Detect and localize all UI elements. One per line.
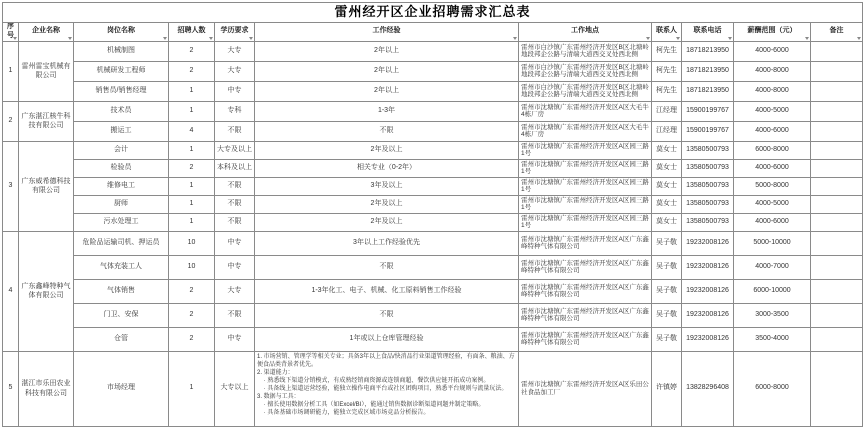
headcount-cell: 10 — [169, 255, 215, 279]
table-row: 机械研发工程师2大专2年以上雷州市白沙镇广东雷州经济开发区B区北塘岭地段邦企公路… — [3, 61, 863, 81]
salary-cell: 4000-6000 — [734, 41, 811, 61]
company-name-cell: 雷州雷宝机械有限公司 — [19, 41, 74, 101]
column-header: 联系电话 — [682, 23, 734, 42]
education-cell: 大专以上 — [215, 351, 255, 426]
note-cell — [811, 61, 863, 81]
column-header: 企业名称 — [19, 23, 74, 42]
note-cell — [811, 177, 863, 195]
column-header: 序号 — [3, 23, 19, 42]
salary-cell: 3000-3500 — [734, 303, 811, 327]
contact-cell: 江经理 — [652, 101, 682, 121]
salary-cell: 6000-8000 — [734, 351, 811, 426]
experience-cell: 2年以上 — [255, 61, 519, 81]
column-header: 工作地点 — [519, 23, 652, 42]
contact-cell: 吴子敬 — [652, 231, 682, 255]
spreadsheet: 雷州经开区企业招聘需求汇总表 序号企业名称岗位名称招聘人数学历要求工作经验工作地… — [0, 0, 864, 394]
contact-cell: 吴子敬 — [652, 303, 682, 327]
filter-icon[interactable] — [209, 37, 213, 40]
column-header: 薪酬范围（元） — [734, 23, 811, 42]
note-cell — [811, 213, 863, 231]
row-index-cell: 4 — [3, 231, 19, 351]
headcount-cell: 1 — [169, 351, 215, 426]
salary-cell: 4000-8000 — [734, 81, 811, 101]
location-cell: 雷州市白沙镇广东雷州经济开发区B区北塘岭地段邦企公路与清端大道西交叉处西北侧 — [519, 61, 652, 81]
position-name-cell: 检验员 — [74, 159, 169, 177]
phone-cell: 13580500793 — [682, 195, 734, 213]
company-name-cell: 广东鑫峰特种气体有限公司 — [19, 231, 74, 351]
location-cell: 雷州市沈塘镇广东雷州经济开发区A区大毛牛4栋厂房 — [519, 121, 652, 141]
location-cell: 雷州市沈塘镇广东雷州经济开发区A区大毛牛4栋厂房 — [519, 101, 652, 121]
contact-cell: 吴子敬 — [652, 255, 682, 279]
recruitment-table: 雷州经开区企业招聘需求汇总表 序号企业名称岗位名称招聘人数学历要求工作经验工作地… — [2, 2, 863, 427]
education-cell: 不限 — [215, 121, 255, 141]
row-index-cell: 2 — [3, 101, 19, 141]
headcount-cell: 2 — [169, 327, 215, 351]
position-name-cell: 销售员/销售经理 — [74, 81, 169, 101]
salary-cell: 4000-5000 — [734, 195, 811, 213]
company-name-cell: 广东威希德科技有限公司 — [19, 141, 74, 231]
phone-cell: 19232008126 — [682, 255, 734, 279]
phone-cell: 19232008126 — [682, 327, 734, 351]
filter-icon[interactable] — [513, 37, 517, 40]
filter-icon[interactable] — [857, 37, 861, 40]
education-cell: 本科及以上 — [215, 159, 255, 177]
headcount-cell: 10 — [169, 231, 215, 255]
experience-cell: 不限 — [255, 303, 519, 327]
note-cell — [811, 231, 863, 255]
company-name-cell: 湛江市乐田农业科技有限公司 — [19, 351, 74, 426]
location-cell: 雷州市沈塘镇广东雷州经济开发区A区广东鑫峰特种气体有限公司 — [519, 231, 652, 255]
education-cell: 不限 — [215, 195, 255, 213]
experience-cell: 3年以上工作经验优先 — [255, 231, 519, 255]
education-cell: 中专 — [215, 81, 255, 101]
salary-cell: 4000-5000 — [734, 101, 811, 121]
experience-cell: 1. 市场营销、管理学等相关专业；具备3年以上食品/快消品行业渠道管理经验，有面… — [255, 351, 519, 426]
table-row: 维修电工1不限3年及以上雷州市沈塘镇广东雷州经济开发区A区园三路1号莫女士135… — [3, 177, 863, 195]
headcount-cell: 2 — [169, 61, 215, 81]
filter-icon[interactable] — [163, 37, 167, 40]
experience-cell: 3年及以上 — [255, 177, 519, 195]
contact-cell: 吴子敬 — [652, 279, 682, 303]
headcount-cell: 1 — [169, 213, 215, 231]
position-name-cell: 气体充装工人 — [74, 255, 169, 279]
filter-icon[interactable] — [68, 37, 72, 40]
salary-cell: 5000-10000 — [734, 231, 811, 255]
position-name-cell: 维修电工 — [74, 177, 169, 195]
table-row: 门卫、安保2不限不限雷州市沈塘镇广东雷州经济开发区A区广东鑫峰特种气体有限公司吴… — [3, 303, 863, 327]
education-cell: 不限 — [215, 177, 255, 195]
note-cell — [811, 121, 863, 141]
table-row: 3广东威希德科技有限公司会计1大专及以上2年及以上雷州市沈塘镇广东雷州经济开发区… — [3, 141, 863, 159]
location-cell: 雷州市沈塘镇广东雷州经济开发区A区园三路1号 — [519, 141, 652, 159]
phone-cell: 13580500793 — [682, 213, 734, 231]
position-name-cell: 技术员 — [74, 101, 169, 121]
table-row: 1雷州雷宝机械有限公司机械制图2大专2年以上雷州市白沙镇广东雷州经济开发区B区北… — [3, 41, 863, 61]
table-row: 厨师1不限2年及以上雷州市沈塘镇广东雷州经济开发区A区园三路1号莫女士13580… — [3, 195, 863, 213]
education-cell: 不限 — [215, 213, 255, 231]
table-row: 仓管2中专1年或以上仓库管理经验雷州市沈塘镇广东雷州经济开发区A区广东鑫峰特种气… — [3, 327, 863, 351]
row-index-cell: 3 — [3, 141, 19, 231]
location-cell: 雷州市沈塘镇广东雷州经济开发区A区园三路1号 — [519, 159, 652, 177]
table-row: 污水处理工1不限2年及以上雷州市沈塘镇广东雷州经济开发区A区园三路1号莫女士13… — [3, 213, 863, 231]
table-row: 销售员/销售经理1中专2年以上雷州市白沙镇广东雷州经济开发区B区北塘岭地段邦企公… — [3, 81, 863, 101]
phone-cell: 19232008126 — [682, 231, 734, 255]
education-cell: 中专 — [215, 231, 255, 255]
education-cell: 专科 — [215, 101, 255, 121]
salary-cell: 4000-8000 — [734, 61, 811, 81]
contact-cell: 莫女士 — [652, 141, 682, 159]
filter-icon[interactable] — [646, 37, 650, 40]
location-cell: 雷州市沈塘镇广东雷州经济开发区A区广东鑫峰特种气体有限公司 — [519, 279, 652, 303]
phone-cell: 13580500793 — [682, 159, 734, 177]
location-cell: 雷州市白沙镇广东雷州经济开发区B区北塘岭地段邦企公路与清端大道西交叉处西北侧 — [519, 81, 652, 101]
table-header-row: 序号企业名称岗位名称招聘人数学历要求工作经验工作地点联系人联系电话薪酬范围（元）… — [3, 23, 863, 42]
experience-cell: 不限 — [255, 255, 519, 279]
experience-cell: 不限 — [255, 121, 519, 141]
position-name-cell: 厨师 — [74, 195, 169, 213]
note-cell — [811, 351, 863, 426]
position-name-cell: 仓管 — [74, 327, 169, 351]
position-name-cell: 市场经理 — [74, 351, 169, 426]
contact-cell: 江经理 — [652, 121, 682, 141]
position-name-cell: 气体销售 — [74, 279, 169, 303]
phone-cell: 18718213950 — [682, 81, 734, 101]
location-cell: 雷州市沈塘镇广东雷州经济开发区A区园三路1号 — [519, 177, 652, 195]
phone-cell: 19232008126 — [682, 303, 734, 327]
salary-cell: 6000-8000 — [734, 141, 811, 159]
page-title: 雷州经开区企业招聘需求汇总表 — [3, 3, 863, 23]
contact-cell: 吴子敬 — [652, 327, 682, 351]
headcount-cell: 2 — [169, 41, 215, 61]
experience-cell: 2年及以上 — [255, 195, 519, 213]
column-header: 岗位名称 — [74, 23, 169, 42]
phone-cell: 18718213950 — [682, 41, 734, 61]
contact-cell: 莫女士 — [652, 195, 682, 213]
experience-cell: 1年或以上仓库管理经验 — [255, 327, 519, 351]
phone-cell: 15900199767 — [682, 121, 734, 141]
position-name-cell: 机械制图 — [74, 41, 169, 61]
location-cell: 雷州市沈塘镇广东雷州经济开发区A区广东鑫峰特种气体有限公司 — [519, 327, 652, 351]
location-cell: 雷州市沈塘镇广东雷州经济开发区A区乐田公社食品加工厂 — [519, 351, 652, 426]
note-cell — [811, 101, 863, 121]
experience-cell: 2年及以上 — [255, 141, 519, 159]
row-index-cell: 5 — [3, 351, 19, 426]
contact-cell: 柯先生 — [652, 81, 682, 101]
location-cell: 雷州市沈塘镇广东雷州经济开发区A区园三路1号 — [519, 213, 652, 231]
experience-cell: 2年及以上 — [255, 213, 519, 231]
column-header: 备注 — [811, 23, 863, 42]
position-name-cell: 会计 — [74, 141, 169, 159]
company-name-cell: 广东湛江核牛科技有限公司 — [19, 101, 74, 141]
table-row: 5湛江市乐田农业科技有限公司市场经理1大专以上1. 市场营销、管理学等相关专业；… — [3, 351, 863, 426]
note-cell — [811, 195, 863, 213]
position-name-cell: 门卫、安保 — [74, 303, 169, 327]
experience-cell: 1-3年 — [255, 101, 519, 121]
salary-cell: 5000-8000 — [734, 177, 811, 195]
salary-cell: 6000-10000 — [734, 279, 811, 303]
table-row: 搬运工4不限不限雷州市沈塘镇广东雷州经济开发区A区大毛牛4栋厂房江经理15900… — [3, 121, 863, 141]
filter-icon[interactable] — [728, 37, 732, 40]
row-index-cell: 1 — [3, 41, 19, 101]
salary-cell: 4000-6000 — [734, 159, 811, 177]
position-name-cell: 危险品运输司机、押运员 — [74, 231, 169, 255]
column-header: 工作经验 — [255, 23, 519, 42]
phone-cell: 19232008126 — [682, 279, 734, 303]
table-row: 4广东鑫峰特种气体有限公司危险品运输司机、押运员10中专3年以上工作经验优先雷州… — [3, 231, 863, 255]
filter-icon[interactable] — [249, 37, 253, 40]
education-cell: 中专 — [215, 255, 255, 279]
salary-cell: 4000-6000 — [734, 213, 811, 231]
contact-cell: 柯先生 — [652, 41, 682, 61]
note-cell — [811, 141, 863, 159]
phone-cell: 13580500793 — [682, 141, 734, 159]
table-row: 检验员2本科及以上相关专业（0-2年）雷州市沈塘镇广东雷州经济开发区A区园三路1… — [3, 159, 863, 177]
location-cell: 雷州市沈塘镇广东雷州经济开发区A区广东鑫峰特种气体有限公司 — [519, 255, 652, 279]
note-cell — [811, 279, 863, 303]
table-row: 气体充装工人10中专不限雷州市沈塘镇广东雷州经济开发区A区广东鑫峰特种气体有限公… — [3, 255, 863, 279]
location-cell: 雷州市白沙镇广东雷州经济开发区B区北塘岭地段邦企公路与清端大道西交叉处西北侧 — [519, 41, 652, 61]
education-cell: 大专及以上 — [215, 141, 255, 159]
salary-cell: 4000-6000 — [734, 121, 811, 141]
filter-icon[interactable] — [676, 37, 680, 40]
education-cell: 大专 — [215, 279, 255, 303]
education-cell: 大专 — [215, 41, 255, 61]
position-name-cell: 污水处理工 — [74, 213, 169, 231]
headcount-cell: 4 — [169, 121, 215, 141]
filter-icon[interactable] — [13, 37, 17, 40]
filter-icon[interactable] — [805, 37, 809, 40]
headcount-cell: 2 — [169, 303, 215, 327]
headcount-cell: 1 — [169, 195, 215, 213]
experience-cell: 2年以上 — [255, 81, 519, 101]
phone-cell: 13828296408 — [682, 351, 734, 426]
contact-cell: 莫女士 — [652, 159, 682, 177]
column-header: 学历要求 — [215, 23, 255, 42]
note-cell — [811, 159, 863, 177]
contact-cell: 莫女士 — [652, 213, 682, 231]
contact-cell: 许镇婷 — [652, 351, 682, 426]
phone-cell: 13580500793 — [682, 177, 734, 195]
location-cell: 雷州市沈塘镇广东雷州经济开发区A区园三路1号 — [519, 195, 652, 213]
position-name-cell: 搬运工 — [74, 121, 169, 141]
headcount-cell: 1 — [169, 81, 215, 101]
education-cell: 不限 — [215, 303, 255, 327]
salary-cell: 4000-7000 — [734, 255, 811, 279]
column-header: 联系人 — [652, 23, 682, 42]
headcount-cell: 2 — [169, 279, 215, 303]
phone-cell: 18718213950 — [682, 61, 734, 81]
note-cell — [811, 41, 863, 61]
note-cell — [811, 303, 863, 327]
column-header: 招聘人数 — [169, 23, 215, 42]
experience-cell: 1-3年化工、电子、机械、化工原料销售工作经验 — [255, 279, 519, 303]
table-row: 气体销售2大专1-3年化工、电子、机械、化工原料销售工作经验雷州市沈塘镇广东雷州… — [3, 279, 863, 303]
education-cell: 大专 — [215, 61, 255, 81]
note-cell — [811, 327, 863, 351]
location-cell: 雷州市沈塘镇广东雷州经济开发区A区广东鑫峰特种气体有限公司 — [519, 303, 652, 327]
experience-cell: 相关专业（0-2年） — [255, 159, 519, 177]
note-cell — [811, 255, 863, 279]
headcount-cell: 1 — [169, 101, 215, 121]
phone-cell: 15900199767 — [682, 101, 734, 121]
note-cell — [811, 81, 863, 101]
contact-cell: 柯先生 — [652, 61, 682, 81]
salary-cell: 3500-4000 — [734, 327, 811, 351]
education-cell: 中专 — [215, 327, 255, 351]
table-row: 2广东湛江核牛科技有限公司技术员1专科1-3年雷州市沈塘镇广东雷州经济开发区A区… — [3, 101, 863, 121]
contact-cell: 莫女士 — [652, 177, 682, 195]
headcount-cell: 1 — [169, 141, 215, 159]
experience-cell: 2年以上 — [255, 41, 519, 61]
position-name-cell: 机械研发工程师 — [74, 61, 169, 81]
headcount-cell: 1 — [169, 177, 215, 195]
headcount-cell: 2 — [169, 159, 215, 177]
